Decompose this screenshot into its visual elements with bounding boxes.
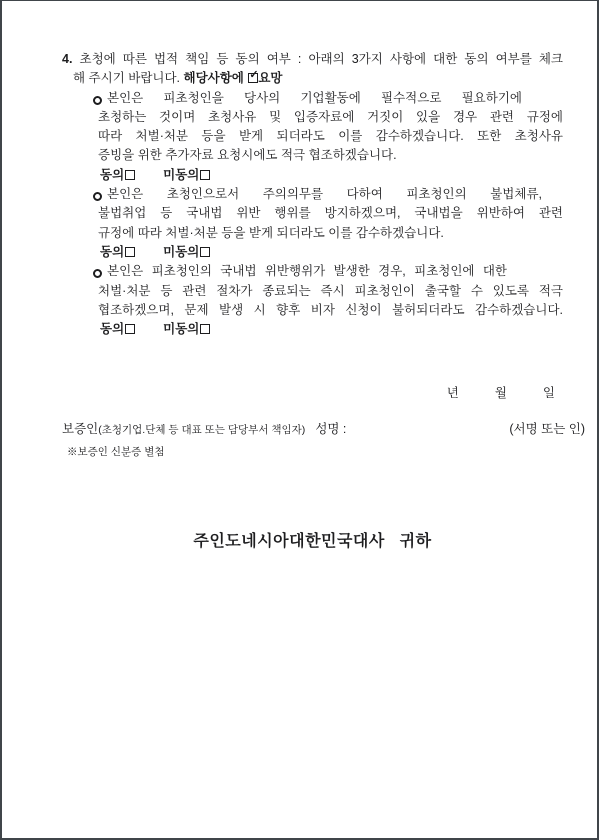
bullet-2-line-1: 본인은 초청인으로서 주의의무를 다하여 피초청인의 불법체류, bbox=[107, 185, 542, 204]
year-label: 년 bbox=[447, 384, 459, 403]
check-mark-icon: ✓ bbox=[249, 70, 258, 81]
section4-line2-bold-end: 요망 bbox=[258, 71, 282, 85]
empty-checkbox-icon bbox=[125, 324, 135, 334]
section4-line2-bold: 해당사항에 bbox=[184, 71, 248, 85]
guarantor-label: 보증인 bbox=[62, 422, 98, 436]
guarantor-id-note: ※보증인 신분증 별첨 bbox=[67, 444, 585, 460]
checked-checkbox-icon: ✓ bbox=[248, 73, 258, 83]
bullet-1-line-3: 따라 처벌·처분 등을 받게 되더라도 이를 감수하겠습니다. 또한 초청사유 bbox=[98, 127, 563, 146]
empty-checkbox-icon bbox=[125, 170, 135, 180]
guarantor-sub-label: (초청기업.단체 등 대표 또는 담당부서 책임자) bbox=[98, 424, 305, 436]
bullet-3-line-3: 협조하겠으며, 문제 발생 시 향후 비자 신청이 불허되더라도 감수하겠습니다… bbox=[98, 301, 563, 320]
bullet-1-line-2: 초청하는 것이며 초청사유 및 입증자료에 거짓이 있을 경우 관련 규정에 bbox=[98, 108, 563, 127]
addressee-title: 주인도네시아대한민국대사 귀하 bbox=[62, 532, 563, 551]
section-4: 4. 초청에 따른 법적 책임 등 동의 여부 : 아래의 3가지 사항에 대한… bbox=[62, 50, 563, 404]
consent-row-1: 동의미동의 bbox=[100, 166, 563, 185]
section4-line1: 4. 초청에 따른 법적 책임 등 동의 여부 : 아래의 3가지 사항에 대한… bbox=[62, 50, 563, 69]
disagree-label: 미동의 bbox=[163, 245, 199, 259]
document-page: 4. 초청에 따른 법적 책임 등 동의 여부 : 아래의 3가지 사항에 대한… bbox=[0, 0, 599, 840]
empty-checkbox-icon bbox=[125, 247, 135, 257]
bullet-circle-icon bbox=[93, 192, 102, 201]
section4-title-text: 초청에 따른 법적 책임 등 동의 여부 : 아래의 3가지 사항에 대한 동의… bbox=[80, 52, 564, 66]
empty-checkbox-icon bbox=[200, 247, 210, 257]
bullet-1-line-4: 증빙을 위한 추가자료 요청시에도 적극 협조하겠습니다. bbox=[98, 146, 563, 165]
bullet-3-line-1: 본인은 피초청인의 국내법 위반행위가 발생한 경우, 피초청인에 대한 bbox=[107, 262, 507, 281]
month-label: 월 bbox=[495, 384, 507, 403]
bullet-2-line-2: 불법취업 등 국내법 위반 행위를 방지하겠으며, 국내법을 위반하여 관련 bbox=[98, 204, 563, 223]
bullet-circle-icon bbox=[93, 269, 102, 278]
section4-number: 4. bbox=[62, 52, 72, 66]
section4-line2-text: 해 주시기 바랍니다. bbox=[73, 71, 184, 85]
consent-row-2: 동의미동의 bbox=[100, 243, 563, 262]
bullet-1: 본인은 피초청인을 당사의 기업활동에 필수적으로 필요하기에 bbox=[93, 89, 563, 108]
bullet-2-line-3: 규정에 따라 처벌·처분 등을 받게 되더라도 이를 감수하겠습니다. bbox=[98, 224, 563, 243]
section4-line2: 해 주시기 바랍니다. 해당사항에 ✓요망 bbox=[73, 69, 563, 88]
name-field-label: 성명 : bbox=[315, 422, 346, 436]
document-content: 4. 초청에 따른 법적 책임 등 동의 여부 : 아래의 3가지 사항에 대한… bbox=[2, 1, 597, 551]
agree-label: 동의 bbox=[100, 245, 124, 259]
bullet-3: 본인은 피초청인의 국내법 위반행위가 발생한 경우, 피초청인에 대한 bbox=[93, 262, 563, 281]
disagree-label: 미동의 bbox=[163, 322, 199, 336]
bullet-3-line-2: 처벌·처분 등 관련 절차가 종료되는 즉시 피초청인이 출국할 수 있도록 적… bbox=[98, 282, 563, 301]
bullet-2: 본인은 초청인으로서 주의의무를 다하여 피초청인의 불법체류, bbox=[93, 185, 563, 204]
guarantor-row: 보증인(초청기업.단체 등 대표 또는 담당부서 책임자)성명 : (서명 또는… bbox=[62, 420, 585, 440]
empty-checkbox-icon bbox=[200, 324, 210, 334]
empty-checkbox-icon bbox=[200, 170, 210, 180]
bullet-1-line-1: 본인은 피초청인을 당사의 기업활동에 필수적으로 필요하기에 bbox=[107, 89, 522, 108]
day-label: 일 bbox=[543, 384, 555, 403]
bullet-circle-icon bbox=[93, 96, 102, 105]
date-line: 년 월 일 bbox=[62, 384, 563, 403]
disagree-label: 미동의 bbox=[163, 168, 199, 182]
agree-label: 동의 bbox=[100, 322, 124, 336]
signature-or-seal-label: (서명 또는 인) bbox=[509, 420, 585, 439]
consent-row-3: 동의미동의 bbox=[100, 320, 563, 339]
guarantor-left: 보증인(초청기업.단체 등 대표 또는 담당부서 책임자)성명 : bbox=[62, 420, 346, 440]
agree-label: 동의 bbox=[100, 168, 124, 182]
